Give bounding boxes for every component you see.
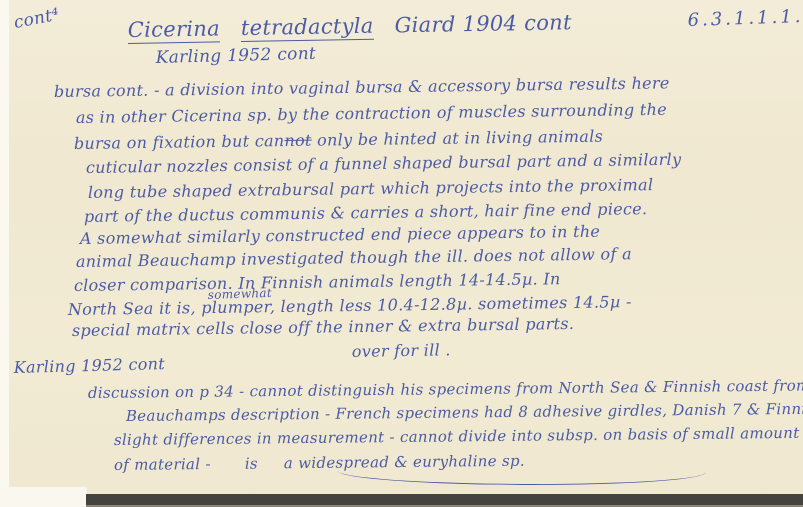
authority: Giard 1904 cont xyxy=(394,10,572,37)
conclusion-underline xyxy=(338,456,706,487)
card-bottom-left-corner xyxy=(0,487,87,507)
card-left-edge xyxy=(0,0,9,507)
note-line-3-pre: bursa on fixation but can xyxy=(74,131,285,153)
discussion-line-4-mid: is xyxy=(245,454,258,472)
index-card-scan: cont⁴ Cicerina tetradactyla Giard 1904 c… xyxy=(0,0,803,507)
note-line-3: bursa on fixation but cannot only be hin… xyxy=(74,127,603,153)
note-line-4: cuticular nozzles consist of a funnel sh… xyxy=(86,150,682,177)
note-line-5: long tube shaped extrabursal part which … xyxy=(88,175,654,202)
turn-note: over for ill . xyxy=(352,340,451,361)
species-title: Cicerina tetradactyla Giard 1904 cont xyxy=(128,10,572,42)
note-line-3-post: only be hinted at in living animals xyxy=(312,127,604,150)
discussion-line-2: Beauchamps description - French specimen… xyxy=(126,399,803,425)
genus-name: Cicerina xyxy=(128,16,221,44)
scan-bottom-shadow xyxy=(86,494,803,505)
section-heading-karling: Karling 1952 cont xyxy=(14,354,166,377)
corner-continuation-note: cont⁴ xyxy=(12,5,61,33)
discussion-line-1: discussion on p 34 - cannot distinguish … xyxy=(88,376,803,402)
species-name: tetradactyla xyxy=(241,14,374,42)
discussion-line-4-lead: of material - xyxy=(114,455,211,474)
discussion-line-3: slight differences in measurement - cann… xyxy=(114,424,800,449)
note-line-7: A somewhat similarly constructed end pie… xyxy=(80,222,601,248)
note-line-9: closer comparison. In Finnish animals le… xyxy=(74,269,561,295)
note-line-10-pre: North Sea it is xyxy=(68,298,191,319)
note-line-2: as in other Cicerina sp. by the contract… xyxy=(76,100,667,127)
index-number: 6.3.1.1.1.) xyxy=(687,6,803,31)
note-line-8: animal Beauchamp investigated though the… xyxy=(76,244,632,271)
strikethrough-word: not xyxy=(284,131,312,150)
subtitle-karling: Karling 1952 cont xyxy=(155,44,316,68)
note-line-1: bursa cont. - a division into vaginal bu… xyxy=(54,73,670,101)
